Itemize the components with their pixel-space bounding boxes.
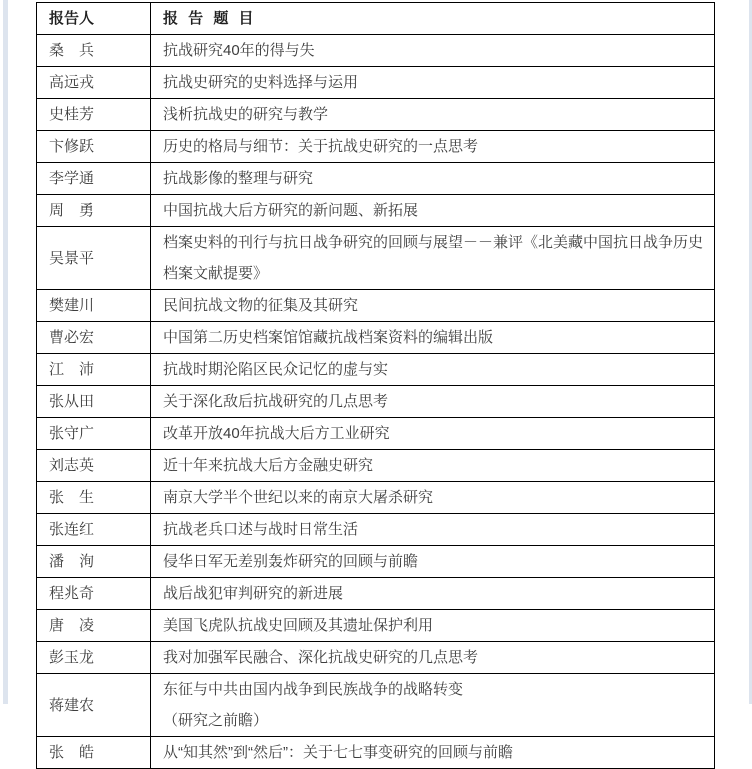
header-speaker: 报告人 (37, 3, 151, 35)
speaker-cell: 江 沛 (37, 354, 151, 386)
title-cell: 关于深化敌后抗战研究的几点思考 (151, 386, 715, 418)
table-row: 桑 兵 抗战研究40年的得与失 (37, 35, 715, 67)
speaker-cell: 潘 洵 (37, 546, 151, 578)
report-table: 报告人 报 告 题 目 桑 兵 抗战研究40年的得与失 高远戎 抗战史研究的史料… (36, 2, 715, 704)
title-cell: 改革开放40年抗战大后方工业研究 (151, 418, 715, 450)
table-row: 蒋建农 东征与中共由国内战争到民族战争的战略转变 （研究之前瞻） (37, 674, 715, 705)
title-cell: 抗战研究40年的得与失 (151, 35, 715, 67)
speaker-cell: 唐 凌 (37, 610, 151, 642)
speaker-cell: 张 生 (37, 482, 151, 514)
speaker-cell: 张守广 (37, 418, 151, 450)
title-cell: 侵华日军无差别轰炸研究的回顾与前瞻 (151, 546, 715, 578)
table-row: 张连红 抗战老兵口述与战时日常生活 (37, 514, 715, 546)
table-row: 江 沛 抗战时期沦陷区民众记忆的虚与实 (37, 354, 715, 386)
speaker-cell: 蒋建农 (37, 674, 151, 705)
title-cell: 抗战老兵口述与战时日常生活 (151, 514, 715, 546)
speaker-cell: 周 勇 (37, 195, 151, 227)
speaker-cell: 张从田 (37, 386, 151, 418)
table-row: 李学通 抗战影像的整理与研究 (37, 163, 715, 195)
table-row: 潘 洵 侵华日军无差别轰炸研究的回顾与前瞻 (37, 546, 715, 578)
speaker-cell: 曹必宏 (37, 322, 151, 354)
table-row: 樊建川 民间抗战文物的征集及其研究 (37, 290, 715, 322)
speaker-cell: 史桂芳 (37, 99, 151, 131)
title-cell: 抗战史研究的史料选择与运用 (151, 67, 715, 99)
speaker-cell: 刘志英 (37, 450, 151, 482)
table-row: 刘志英 近十年来抗战大后方金融史研究 (37, 450, 715, 482)
speaker-cell: 樊建川 (37, 290, 151, 322)
table-row: 张 生 南京大学半个世纪以来的南京大屠杀研究 (37, 482, 715, 514)
table-row: 程兆奇 战后战犯审判研究的新进展 (37, 578, 715, 610)
title-cell: 中国抗战大后方研究的新问题、新拓展 (151, 195, 715, 227)
title-cell: 南京大学半个世纪以来的南京大屠杀研究 (151, 482, 715, 514)
speaker-cell: 桑 兵 (37, 35, 151, 67)
table-row: 高远戎 抗战史研究的史料选择与运用 (37, 67, 715, 99)
title-cell: 档案史料的刊行与抗日战争研究的回顾与展望－－兼评《北美藏中国抗日战争历史档案文献… (151, 227, 715, 290)
table-row: 卞修跃 历史的格局与细节：关于抗战史研究的一点思考 (37, 131, 715, 163)
title-cell: 抗战影像的整理与研究 (151, 163, 715, 195)
title-cell: 战后战犯审判研究的新进展 (151, 578, 715, 610)
table-row: 曹必宏 中国第二历史档案馆馆藏抗战档案资料的编辑出版 (37, 322, 715, 354)
title-cell: 近十年来抗战大后方金融史研究 (151, 450, 715, 482)
title-cell: 抗战时期沦陷区民众记忆的虚与实 (151, 354, 715, 386)
speaker-cell: 张连红 (37, 514, 151, 546)
left-edge-strip (3, 0, 8, 704)
title-cell: 中国第二历史档案馆馆藏抗战档案资料的编辑出版 (151, 322, 715, 354)
title-cell: 我对加强军民融合、深化抗战史研究的几点思考 (151, 642, 715, 674)
table-row: 彭玉龙 我对加强军民融合、深化抗战史研究的几点思考 (37, 642, 715, 674)
speaker-cell: 卞修跃 (37, 131, 151, 163)
speaker-cell: 李学通 (37, 163, 151, 195)
speaker-cell: 程兆奇 (37, 578, 151, 610)
title-cell: 历史的格局与细节：关于抗战史研究的一点思考 (151, 131, 715, 163)
title-cell: 美国飞虎队抗战史回顾及其遗址保护利用 (151, 610, 715, 642)
title-cell: 东征与中共由国内战争到民族战争的战略转变 （研究之前瞻） (151, 674, 715, 705)
table-row: 张守广 改革开放40年抗战大后方工业研究 (37, 418, 715, 450)
table-row: 张从田 关于深化敌后抗战研究的几点思考 (37, 386, 715, 418)
table-row: 吴景平 档案史料的刊行与抗日战争研究的回顾与展望－－兼评《北美藏中国抗日战争历史… (37, 227, 715, 290)
speaker-cell: 吴景平 (37, 227, 151, 290)
table-row: 史桂芳 浅析抗战史的研究与教学 (37, 99, 715, 131)
title-cell: 浅析抗战史的研究与教学 (151, 99, 715, 131)
header-title: 报 告 题 目 (151, 3, 715, 35)
header-row: 报告人 报 告 题 目 (37, 3, 715, 35)
title-cell: 民间抗战文物的征集及其研究 (151, 290, 715, 322)
table-row: 周 勇 中国抗战大后方研究的新问题、新拓展 (37, 195, 715, 227)
table-row: 唐 凌 美国飞虎队抗战史回顾及其遗址保护利用 (37, 610, 715, 642)
speaker-cell: 彭玉龙 (37, 642, 151, 674)
speaker-cell: 高远戎 (37, 67, 151, 99)
